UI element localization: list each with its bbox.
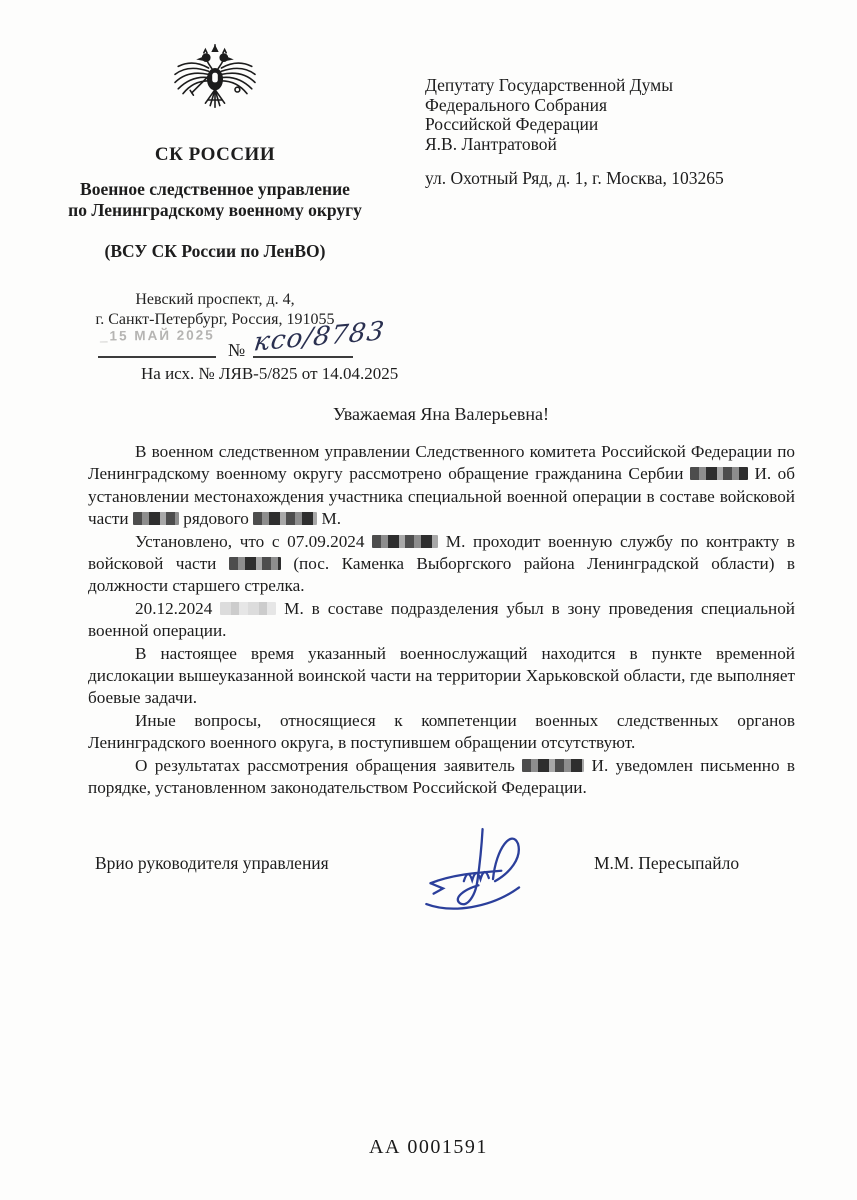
signer-title: Врио руководителя управления [95,853,329,874]
redaction-block [522,759,584,772]
addressee-block: Депутату Государственной Думы Федерально… [425,76,825,154]
org-name-line: по Ленинградскому военному округу [55,200,375,221]
addressee-line: Я.В. Лантратовой [425,135,825,155]
form-serial-number: АА 0001591 [0,1136,857,1159]
paragraph: Установлено, что с 07.09.2024 М. проходи… [88,531,795,598]
number-underline [253,356,353,358]
paragraph: В военном следственном управлении Следст… [88,441,795,531]
redaction-block [253,512,317,525]
salutation: Уважаемая Яна Валерьевна! [88,404,794,425]
scanned-letter-page: СК РОССИИ Военное следственное управлени… [0,0,857,1200]
addressee-line: Депутату Государственной Думы [425,76,825,96]
coat-of-arms-eagle-icon [167,36,263,132]
redaction-block [220,602,276,615]
redaction-block [229,557,281,570]
org-short-name: СК РОССИИ [55,144,375,166]
paragraph: О результатах рассмотрения обращения зая… [88,755,795,800]
reply-reference-line: На исх. № ЛЯВ-5/825 от 14.04.2025 [141,364,398,384]
redaction-block [372,535,438,548]
redaction-block [133,512,179,525]
paragraph: Иные вопросы, относящиеся к компетенции … [88,710,795,755]
org-name-line: Военное следственное управление [55,179,375,200]
signer-name: М.М. Пересыпайло [594,853,739,874]
date-stamp: _15 МАЙ 2025 [100,327,218,343]
org-full-name: Военное следственное управление по Ленин… [55,179,375,221]
redaction-block [690,467,748,480]
addressee-line: Федерального Собрания [425,96,825,116]
addressee-line: Российской Федерации [425,115,825,135]
paragraph: В настоящее время указанный военнослужащ… [88,643,795,710]
letter-body: В военном следственном управлении Следст… [88,441,795,800]
org-address-line: Невский проспект, д. 4, [55,290,375,310]
number-sign-label: № [228,340,245,361]
handwritten-signature-icon [418,812,543,917]
paragraph: 20.12.2024 М. в составе подразделения уб… [88,598,795,643]
letterhead-org-block: СК РОССИИ Военное следственное управлени… [55,36,375,330]
org-abbreviation: (ВСУ СК России по ЛенВО) [55,241,375,262]
addressee-address: ул. Охотный Ряд, д. 1, г. Москва, 103265 [425,168,825,189]
date-underline [98,356,216,358]
